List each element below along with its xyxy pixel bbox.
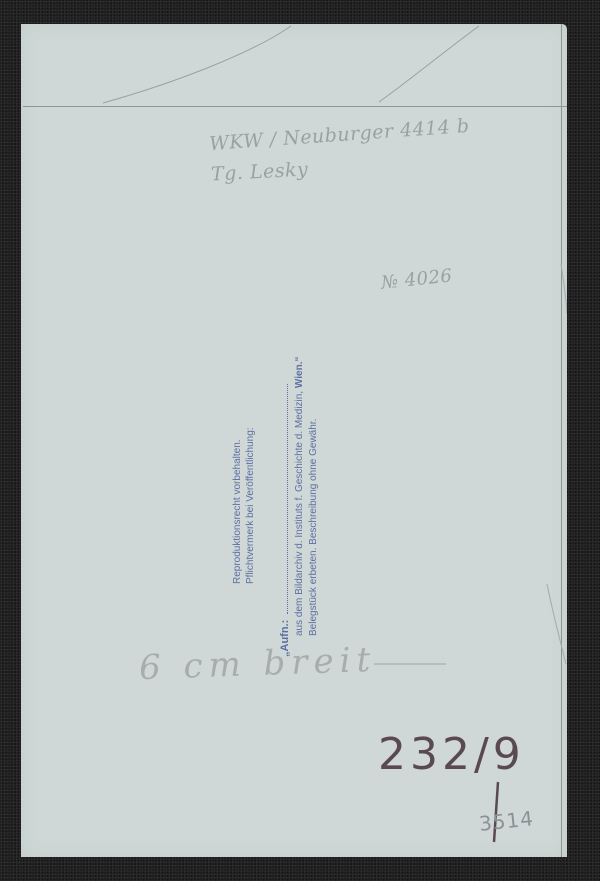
stamp-archive-text: aus dem Bildarchiv d. Instituts f. Gesch… xyxy=(294,391,305,636)
stamp-line-rights: Reproduktionsrecht vorbehalten. xyxy=(231,439,245,584)
handwritten-width-note: 6 cm breit xyxy=(138,640,376,688)
stamp-archive-city: Wien.“ xyxy=(294,357,305,389)
archive-main-number: 232/9 xyxy=(378,729,525,780)
stamp-dotted-blank xyxy=(285,384,288,614)
archive-card: WKW / Neuburger 4414 b Tg. Lesky № 4026 … xyxy=(21,24,567,857)
stamp-line-archive: aus dem Bildarchiv d. Instituts f. Gesch… xyxy=(293,357,307,636)
stamp-line-disclaimer: Belegstück erbeten. Beschreibung ohne Ge… xyxy=(307,419,321,636)
stamp-line-photographer: „Aufn.: xyxy=(278,384,292,657)
stamp-line-credit-required: Pflichtvermerk bei Veröffentlichung: xyxy=(244,427,258,584)
